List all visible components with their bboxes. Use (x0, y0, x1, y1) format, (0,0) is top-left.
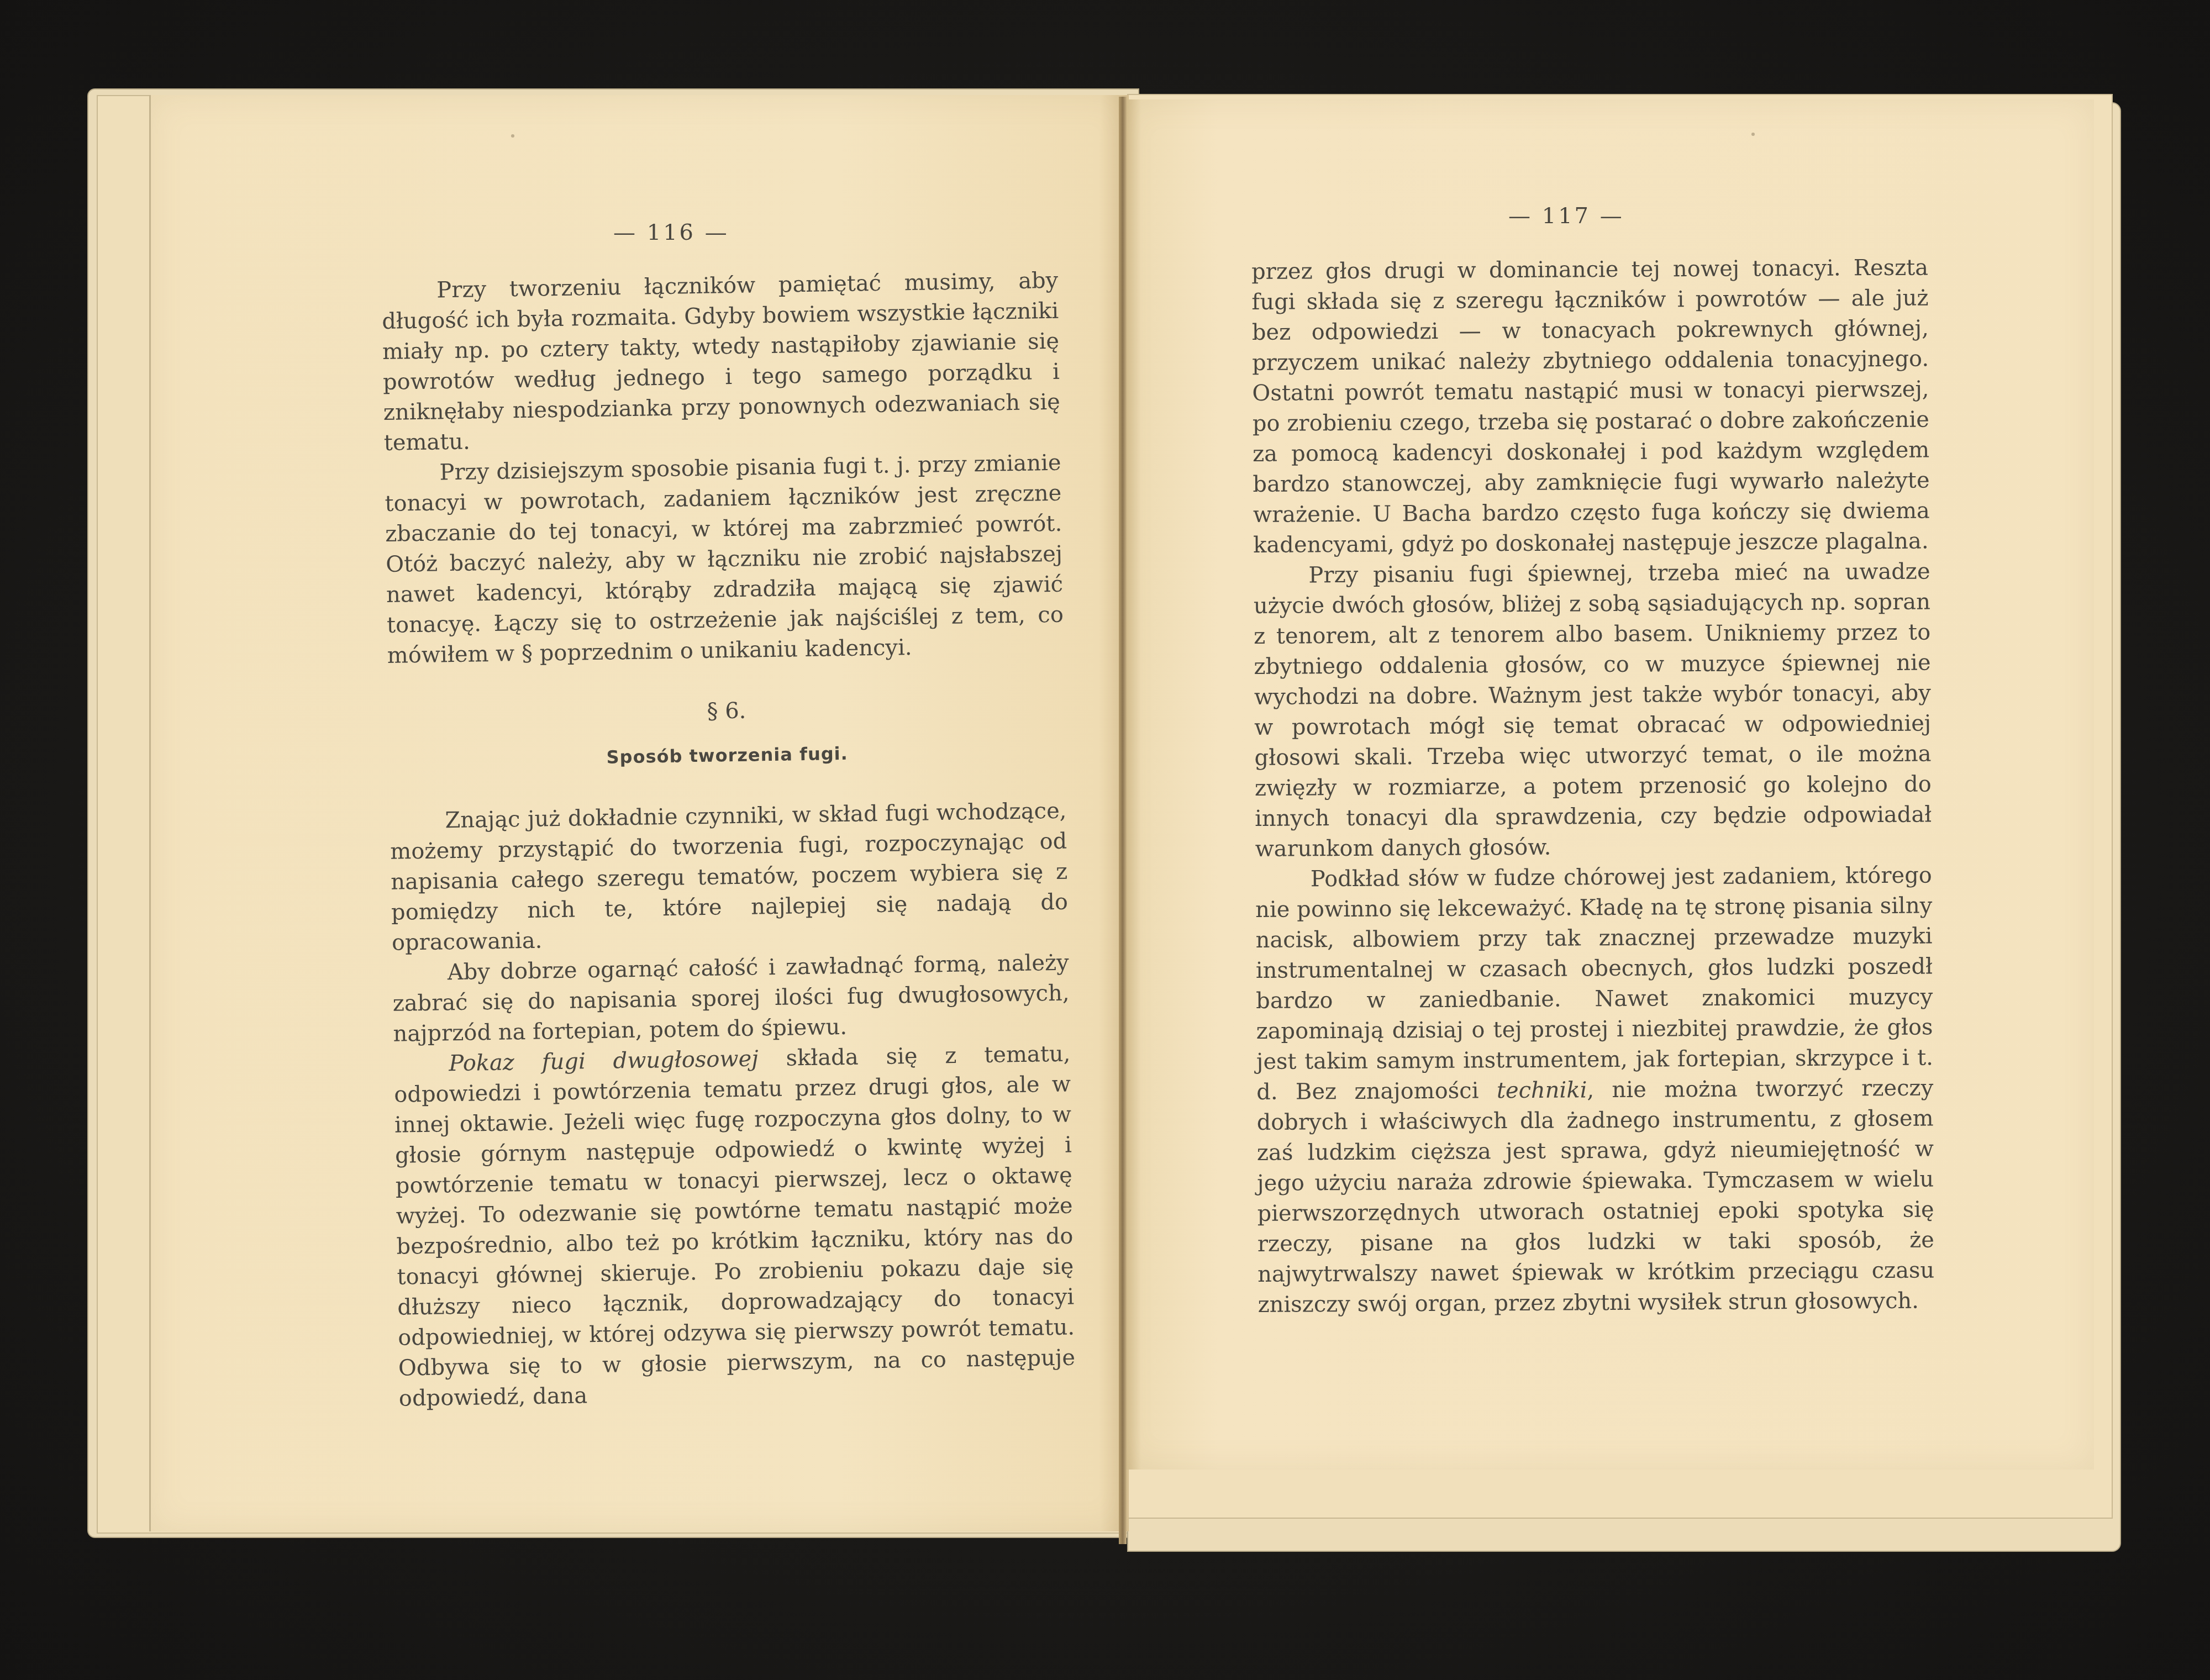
paragraph-text: , nie można tworzyć rzeczy dobrych i wła… (1256, 1075, 1934, 1317)
paragraph-continued: przez głos drugi w dominancie tej nowej … (1251, 253, 1930, 561)
page-number-left: — 116 — (613, 220, 729, 245)
section-heading: Sposób tworzenia fugi. (388, 735, 1066, 776)
paragraph: Przy tworzeniu łączników pamiętać musimy… (381, 266, 1061, 459)
section-number: § 6. (388, 691, 1065, 732)
paper-speck (511, 134, 514, 138)
paragraph: Znając już dokładnie czynniki, w skład f… (390, 796, 1069, 959)
italic-term: techniki (1497, 1077, 1587, 1103)
paragraph-text: składa się z tematu, odpowiedzi i powtór… (394, 1041, 1075, 1412)
book-gutter (1119, 97, 1127, 1544)
paragraph-text: Podkład słów w fudze chórowej jest zadan… (1255, 862, 1933, 1104)
paragraph: Pokaz fugi dwugłosowej składa się z tema… (393, 1039, 1076, 1414)
italic-term: Pokaz fugi dwugłosowej (449, 1046, 759, 1076)
paragraph: Podkład słów w fudze chórowej jest zadan… (1255, 860, 1935, 1320)
left-page-body: Przy tworzeniu łączników pamiętać musimy… (381, 266, 1076, 1414)
paragraph: Przy dzisiejszym sposobie pisania fugi t… (384, 448, 1064, 671)
right-page-body: przez głos drugi w dominancie tej nowej … (1251, 253, 1935, 1320)
paper-speck (1751, 133, 1755, 136)
paragraph: Aby dobrze ogarnąć całość i zawładnąć fo… (392, 948, 1070, 1050)
page-number-right: — 117 — (1508, 203, 1624, 229)
paragraph: Przy pisaniu fugi śpiewnej, trzeba mieć … (1253, 557, 1932, 865)
